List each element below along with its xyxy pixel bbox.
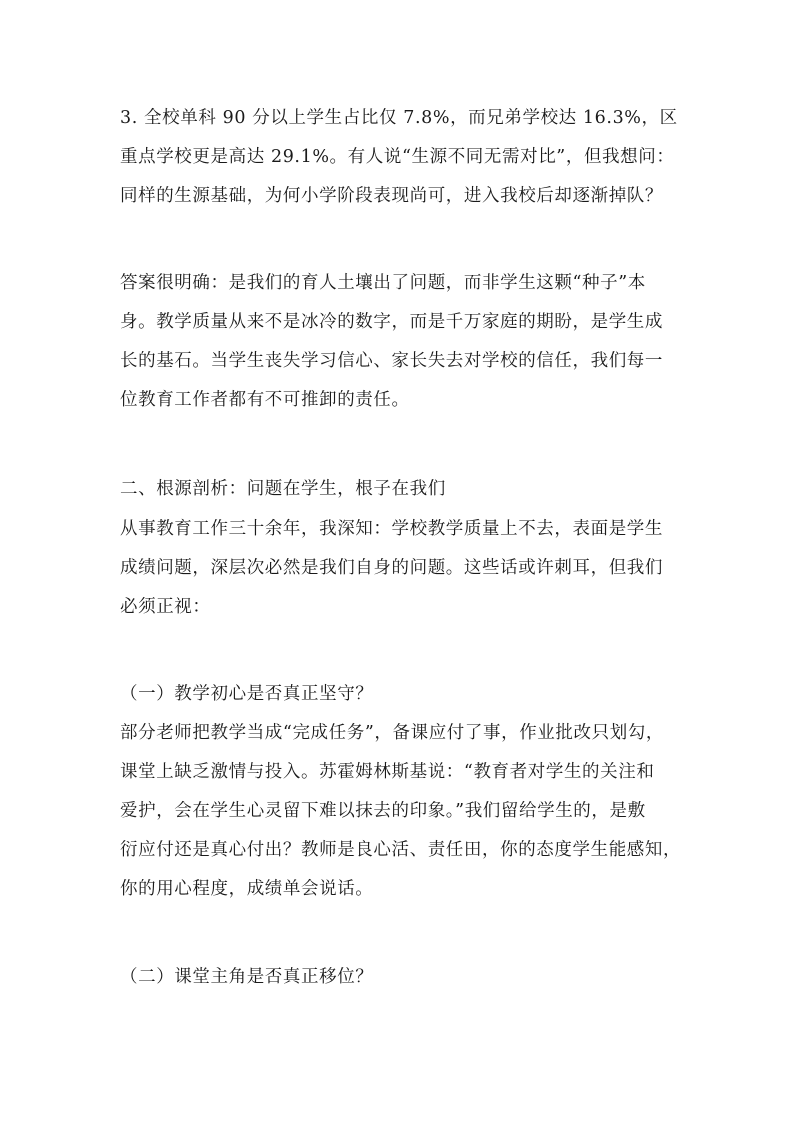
paragraph-line-stat-2: 重点学校更是高达 29.1%。有人说“生源不同无需对比”，但我想问： bbox=[120, 146, 680, 168]
paragraph-line-mission-5: 你的用心程度，成绩单会说话。 bbox=[120, 878, 680, 900]
paragraph-line-stat-3: 同样的生源基础，为何小学阶段表现尚可，进入我校后却逐渐掉队？ bbox=[120, 185, 680, 207]
paragraph-line-answer-2: 身。教学质量从来不是冰冷的数字，而是千万家庭的期盼，是学生成 bbox=[120, 311, 680, 333]
paragraph-line-intro-1: 从事教育工作三十余年，我深知：学校教学质量上不去，表面是学生 bbox=[120, 518, 680, 540]
paragraph-line-stat-1: 3. 全校单科 90 分以上学生占比仅 7.8%，而兄弟学校达 16.3%，区 bbox=[120, 107, 680, 129]
paragraph-line-mission-3: 爱护，会在学生心灵留下难以抹去的印象。”我们留给学生的，是敷 bbox=[120, 800, 680, 822]
document-page: 3. 全校单科 90 分以上学生占比仅 7.8%，而兄弟学校达 16.3%，区 … bbox=[0, 0, 793, 1122]
paragraph-line-mission-1: 部分老师把教学当成“完成任务”，备课应付了事，作业批改只划勾， bbox=[120, 722, 680, 744]
paragraph-line-answer-3: 长的基石。当学生丧失学习信心、家长失去对学校的信任，我们每一 bbox=[120, 350, 680, 372]
subheading-classroom-role: （二）课堂主角是否真正移位？ bbox=[120, 966, 680, 988]
paragraph-line-intro-2: 成绩问题，深层次必然是我们自身的问题。这些话或许刺耳，但我们 bbox=[120, 557, 680, 579]
paragraph-line-mission-2: 课堂上缺乏激情与投入。苏霍姆林斯基说：“教育者对学生的关注和 bbox=[120, 761, 680, 783]
section-heading-root-cause: 二、根源剖析：问题在学生，根子在我们 bbox=[120, 478, 680, 500]
paragraph-line-answer-4: 位教育工作者都有不可推卸的责任。 bbox=[120, 389, 680, 411]
paragraph-line-answer-1: 答案很明确：是我们的育人土壤出了问题，而非学生这颗“种子”本 bbox=[120, 272, 680, 294]
subheading-teaching-mission: （一）教学初心是否真正坚守？ bbox=[120, 683, 680, 705]
paragraph-line-intro-3: 必须正视： bbox=[120, 596, 680, 618]
paragraph-line-mission-4: 衍应付还是真心付出？教师是良心活、责任田，你的态度学生能感知， bbox=[120, 839, 680, 861]
